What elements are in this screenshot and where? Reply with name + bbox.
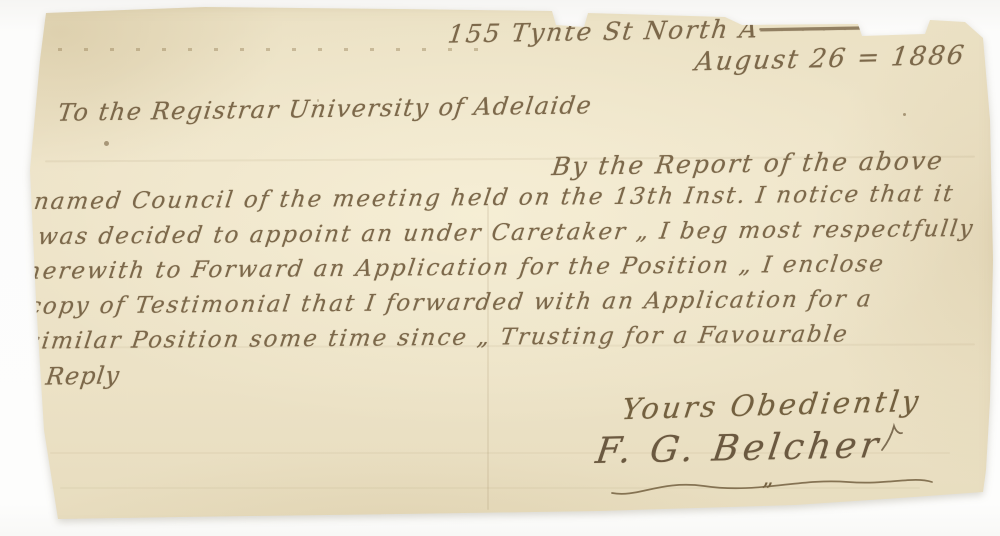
- crease-dotted-line: [58, 48, 478, 51]
- body-line-6: similar Position some time since „ Trust…: [26, 321, 850, 354]
- paper-speck: [104, 141, 109, 146]
- flourish-ditto-mark: „: [762, 466, 773, 491]
- closing-line: Yours Obediently: [620, 384, 924, 426]
- body-line-5: copy of Testimonial that I forwarded wit…: [26, 286, 874, 319]
- body-line-7: Reply: [44, 361, 121, 390]
- scanned-letter-canvas: 155 Tynte St North A————— August 26 = 18…: [0, 0, 1000, 536]
- body-line-2: named Council of the meeting held on the…: [32, 181, 956, 215]
- letter-paper-wrapper: 155 Tynte St North A————— August 26 = 18…: [0, 0, 1000, 536]
- fold-crease: [487, 205, 489, 510]
- letter-paper: 155 Tynte St North A————— August 26 = 18…: [0, 0, 1000, 536]
- address-line: 155 Tynte St North A—————: [446, 12, 866, 48]
- body-line-3: was decided to appoint an under Caretake…: [36, 216, 976, 250]
- paper-speck: [903, 113, 906, 116]
- salutation-line: To the Registrar University of Adelaide: [56, 91, 594, 127]
- signature-flick: [880, 424, 904, 452]
- date-line: August 26 = 1886: [693, 41, 967, 78]
- address-strikethrough: —————: [758, 12, 867, 43]
- body-line-1: By the Report of the above: [550, 146, 946, 181]
- signature-line: F. G. Belcher: [593, 425, 884, 472]
- address-text: 155 Tynte St North A: [446, 14, 761, 49]
- body-line-4: herewith to Forward an Application for t…: [24, 251, 886, 285]
